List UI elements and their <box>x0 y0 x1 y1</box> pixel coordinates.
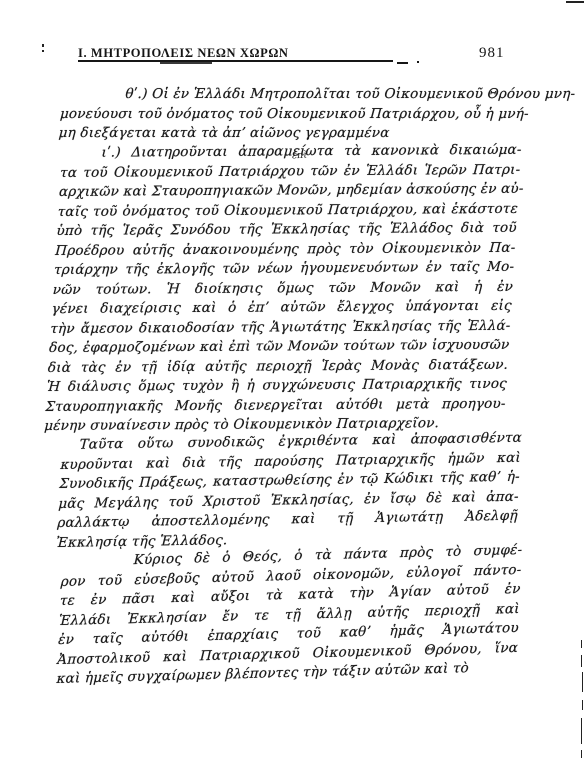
scan-edge-mark <box>582 700 583 710</box>
header-rule-dash <box>397 62 408 64</box>
paragraph-theta: θʹ.) Οἱ ἐν Ἑλλάδι Μητροπολῖται τοῦ Οἰκου… <box>58 85 522 144</box>
manuscript-line: δος, ἐφαρμοζομένων καὶ ἐπὶ τῶν Μονῶν τού… <box>48 335 509 358</box>
manuscript-line: μονεύουσι τοῦ ὀνόματος τοῦ Οἰκουμενικοῦ … <box>59 105 520 125</box>
scan-edge-mark <box>582 672 583 692</box>
manuscript-line: Σταυροπηγιακῆς Μονῆς διενεργεῖται αὐτόθι… <box>45 394 506 417</box>
manuscript-line: τὴν ἄμεσον δικαιοδοσίαν τῆς Ἁγιωτάτης Ἐκ… <box>50 316 511 339</box>
running-header-title: Ι. ΜΗΤΡΟΠΟΛΕΙΣ ΝΕΩΝ ΧΩΡΩΝ <box>78 46 289 61</box>
header-rule-double-segment <box>160 62 212 64</box>
manuscript-line: Ἡ διάλυσις ὅμως τυχὸν ἢ ἡ συγχώνευσις Πα… <box>46 374 507 397</box>
manuscript-line: γένει διαχείρισις καὶ ὁ ἐπʼ αὐτῶν ἔλεγχο… <box>51 296 512 319</box>
manuscript-line: τριάρχην τῆς ἐκλογῆς τῶν νέων ἡγουμενευό… <box>53 257 514 280</box>
scan-edge-mark <box>581 640 582 648</box>
scan-edge-mark <box>566 1 584 3</box>
scan-edge-mark <box>581 655 582 667</box>
scanned-document-page: Ι. ΜΗΤΡΟΠΟΛΕΙΣ ΝΕΩΝ ΧΩΡΩΝ 981 θʹ.) Οἱ ἐν… <box>0 0 584 759</box>
scan-speck <box>42 44 44 47</box>
manuscript-line: αρχικῶν καὶ Σταυροπηγιακῶν Μονῶν, μηδεμί… <box>58 179 519 202</box>
scan-edge-mark <box>581 718 582 744</box>
manuscript-line: νῶν τούτων. Ἡ διοίκησις ὅμως τῶν Μονῶν κ… <box>52 277 513 300</box>
header-rule <box>78 60 393 62</box>
scan-edge-mark <box>581 750 582 758</box>
manuscript-line: Προέδρου αὐτῆς ἀνακοινουμένης πρὸς τὸν Ο… <box>55 238 516 261</box>
page-number: 981 <box>479 45 505 62</box>
manuscript-line: θʹ.) Οἱ ἐν Ἑλλάδι Μητροπολῖται τοῦ Οἰκου… <box>61 85 522 105</box>
manuscript-line: ταῖς τοῦ ὀνόματος τοῦ Οἰκουμενικοῦ Πατρι… <box>57 199 518 222</box>
interlinear-insertion: ἐπὶ <box>292 150 308 162</box>
paragraph-ratification: Ταῦτα οὕτω συνοδικῶς ἐγκριθέντα καὶ ἀποφ… <box>56 429 523 553</box>
manuscript-line: τα τοῦ Οἰκουμενικοῦ Πατριάρχου τῶν ἐν Ἑλ… <box>60 160 521 183</box>
paragraph-iota: ιʹ.) Διατηροῦνται ἀπαραμείωτα τὰ κανονικ… <box>44 140 523 436</box>
manuscript-line: ὑπὸ τῆς Ἱερᾶς Συνόδου τῆς Ἐκκλησίας τῆς … <box>56 218 517 241</box>
manuscript-line: διὰ τὰς ἐν τῇ ἰδίᾳ αὐτῆς περιοχῇ Ἱερὰς Μ… <box>47 355 508 378</box>
header-rule-dot <box>417 61 419 63</box>
scan-speck <box>42 50 44 52</box>
paragraph-blessing: Κύριος δὲ ὁ Θεός, ὁ τὰ πάντα πρὸς τὸ συμ… <box>56 541 523 689</box>
manuscript-body: θʹ.) Οἱ ἐν Ἑλλάδι Μητροπολῖται τοῦ Οἰκου… <box>62 85 522 690</box>
